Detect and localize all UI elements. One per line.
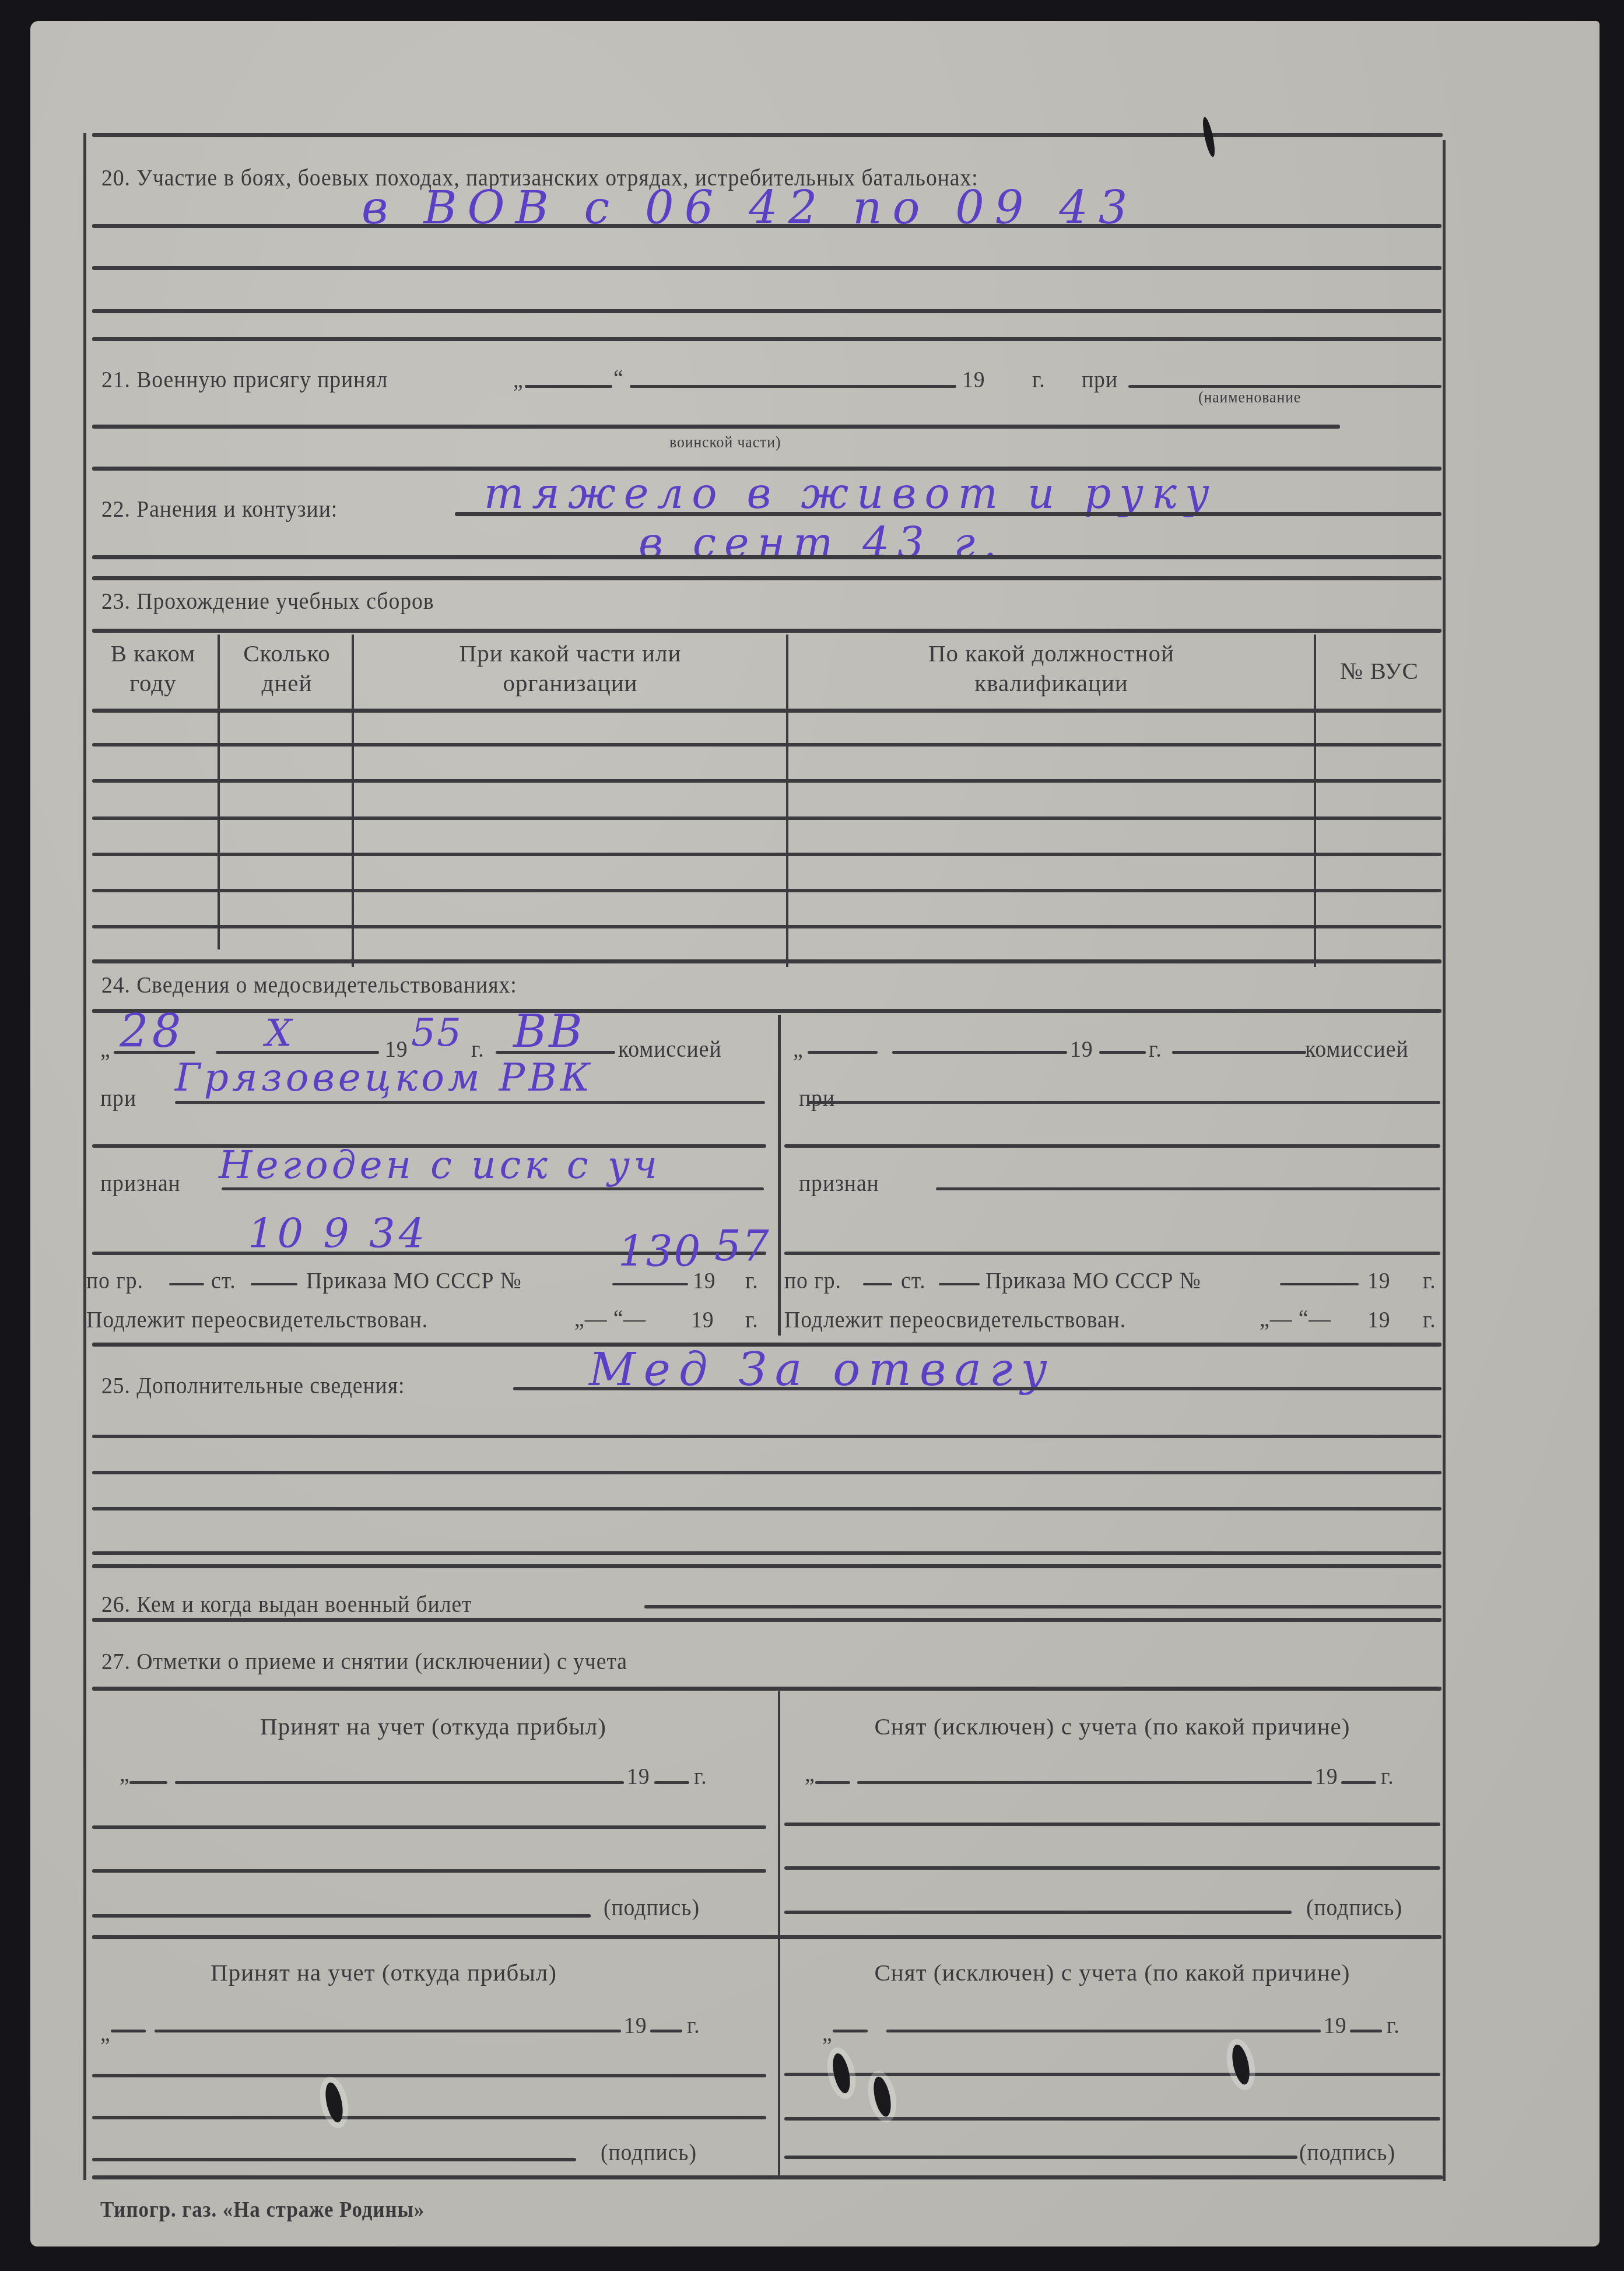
s24-right-at-label: при xyxy=(799,1086,835,1110)
s24-left-order-label: Приказа МО СССР № xyxy=(306,1268,522,1292)
s25-line-3 xyxy=(92,1471,1441,1474)
s24-right-day-blank xyxy=(808,1051,878,1054)
s25-bottom xyxy=(92,1564,1441,1568)
s23-row-line-3 xyxy=(92,816,1441,820)
s25-handwritten: Мед За отвагу xyxy=(589,1347,1055,1393)
frame-right xyxy=(1443,140,1446,2181)
s27-b1-right-signature: (подпись) xyxy=(1306,1895,1402,1919)
s23-row-line-1 xyxy=(92,743,1441,747)
s23-col-header-1: В каком году xyxy=(87,642,219,695)
s27-b1-right-year-blank xyxy=(1341,1781,1376,1784)
s24-left-reexam-g: г. xyxy=(745,1308,758,1331)
s24-left-recognized-value: Негоден с иск с уч xyxy=(219,1146,661,1184)
s27-b2-left-title: Принят на учет (откуда прибыл) xyxy=(92,1961,675,1985)
s27-b2-right-year-blank xyxy=(1350,2030,1382,2032)
s23-col-header-2: Сколько дней xyxy=(220,642,353,695)
s21-caption-name: (наименование xyxy=(1198,390,1301,406)
s27-b2-left-year-blank xyxy=(650,2030,682,2032)
s27-b1-right-g: г. xyxy=(1381,1764,1394,1788)
s27-b1-left-g: г. xyxy=(694,1764,707,1788)
s21-label: 21. Военную присягу принял xyxy=(101,367,388,391)
s24-right-order-label: Приказа МО СССР № xyxy=(985,1268,1201,1292)
s27-b1-left-line-1 xyxy=(92,1825,766,1829)
s24-right-g: г. xyxy=(1149,1037,1162,1061)
s21-caption-unit: воинской части) xyxy=(669,434,781,451)
s24-left-article-value: 10 9 34 xyxy=(248,1213,428,1254)
s27-b2-right-line-2 xyxy=(784,2117,1440,2121)
s24-right-recognized-line xyxy=(936,1187,1440,1190)
s24-left-commission-label: комиссией xyxy=(618,1037,721,1061)
s24-left-reexam-year: 19 xyxy=(691,1308,714,1331)
s24-left-at-line xyxy=(175,1101,765,1104)
s21-year: 19 xyxy=(962,367,985,391)
s23-col-header-2-line1: Сколько xyxy=(220,642,353,665)
s22-bottom xyxy=(92,576,1441,580)
s24-left-year: 55 xyxy=(411,1014,462,1052)
s27-b1-right-title: Снят (исключен) с учета (по какой причин… xyxy=(784,1715,1440,1739)
s26-line-1 xyxy=(644,1605,1441,1608)
s23-header-bottom xyxy=(92,709,1441,713)
s24-left-reexam-quote: „— “— xyxy=(574,1306,646,1330)
s24-right-year-blank xyxy=(1099,1051,1146,1054)
frame-top xyxy=(92,133,1443,137)
s24-left-commission-blank xyxy=(496,1051,615,1054)
s27-b2-left-signature: (подпись) xyxy=(601,2140,697,2164)
s27-b2-left-month-blank xyxy=(155,2030,621,2032)
s24-left-group-label: по гр. xyxy=(86,1268,143,1292)
s23-col-header-1-line2: году xyxy=(87,671,219,695)
s24-left-group-blank xyxy=(169,1283,204,1285)
s27-b1-right-line-1 xyxy=(784,1823,1440,1826)
s23-row-line-6 xyxy=(92,925,1441,928)
s21-at: при xyxy=(1082,367,1118,391)
s23-col-header-4: По какой должностной квалификации xyxy=(789,642,1314,695)
s24-left-recognized-line xyxy=(222,1187,764,1190)
s27-b1-left-title: Принят на учет (откуда прибыл) xyxy=(92,1715,774,1739)
s22-label: 22. Ранения и контузии: xyxy=(101,497,338,521)
s27-b2-right-day-blank xyxy=(833,2030,868,2032)
frame-left xyxy=(83,133,86,2180)
s27-b2-left-day-blank xyxy=(111,2030,146,2032)
s24-left-order-g: г. xyxy=(745,1268,758,1292)
s27-b2-left-quote: „ xyxy=(100,2021,111,2045)
s27-b1-right-day-blank xyxy=(815,1781,850,1784)
s27-block-divider xyxy=(92,1935,1441,1939)
s27-b2-left-line-2 xyxy=(92,2116,766,2119)
s24-right-article-blank xyxy=(939,1283,980,1285)
s23-col-header-5-line1: № ВУС xyxy=(1317,659,1442,683)
s27-b1-left-month-blank xyxy=(175,1781,624,1784)
s24-right-recognized-label: признан xyxy=(799,1171,879,1195)
s24-right-reexam-quote: „— “— xyxy=(1260,1306,1331,1330)
s24-left-article-blank xyxy=(251,1283,297,1285)
s24-left-order-blank xyxy=(612,1283,688,1285)
s23-col-header-3: При какой части или организации xyxy=(355,642,786,695)
s27-b1-left-year: 19 xyxy=(627,1764,650,1788)
s23-label: 23. Прохождение учебных сборов xyxy=(101,589,434,613)
s24-left-order-year-prefix: 19 xyxy=(693,1268,716,1292)
s23-col-header-3-line1: При какой части или xyxy=(355,642,786,665)
s27-b2-left-line-1 xyxy=(92,2074,766,2077)
s27-b2-right-year: 19 xyxy=(1324,2013,1347,2037)
s20-line-3 xyxy=(92,309,1441,313)
s20-line-1 xyxy=(92,224,1441,228)
s24-left-day: 28 xyxy=(120,1009,184,1054)
s24-right-article-label: ст. xyxy=(901,1268,926,1292)
s23-col-header-3-line2: организации xyxy=(355,671,786,695)
s24-right-group-label: по гр. xyxy=(784,1268,841,1292)
s27-b1-right-month-blank xyxy=(857,1781,1312,1784)
s25-line-4 xyxy=(92,1507,1441,1511)
s24-left-day-blank xyxy=(114,1051,195,1054)
s25-line-5 xyxy=(92,1551,1441,1555)
s24-left-commission-type: ВВ xyxy=(513,1009,585,1054)
s27-b1-left-line-2 xyxy=(92,1869,766,1873)
s24-right-at-line xyxy=(808,1101,1440,1104)
s27-b2-right-quote: „ xyxy=(822,2021,833,2045)
s22-handwritten-1: тяжело в живот и руку xyxy=(484,472,1218,514)
s23-bottom xyxy=(92,959,1441,963)
s21-quote-close: “ xyxy=(613,366,624,390)
s27-b2-left-year: 19 xyxy=(624,2013,647,2037)
s23-col-header-4-line1: По какой должностной xyxy=(789,642,1314,665)
s22-line-1 xyxy=(455,512,1441,516)
s24-right-reexam-label: Подлежит переосвидетельствован. xyxy=(784,1308,1126,1331)
s24-right-year-prefix: 19 xyxy=(1070,1037,1093,1061)
printer-imprint: Типогр. газ. «На страже Родины» xyxy=(100,2199,425,2221)
s21-day-blank xyxy=(525,385,612,388)
s24-left-month: X xyxy=(265,1015,303,1052)
s22-line-2 xyxy=(92,555,1441,559)
s21-unit-blank xyxy=(1128,385,1441,388)
s21-g: г. xyxy=(1032,367,1045,391)
s24-left-reexam-label: Подлежит переосвидетельствован. xyxy=(86,1308,428,1331)
s23-col-divider-4 xyxy=(1314,635,1316,967)
s24-left-quote: „ xyxy=(100,1037,111,1061)
s23-row-line-5 xyxy=(92,889,1441,892)
s24-left-month-blank xyxy=(216,1051,379,1054)
s21-quote-open: „ xyxy=(513,367,524,391)
s27-b2-right-g: г. xyxy=(1387,2013,1399,2037)
s24-right-reexam-g: г. xyxy=(1423,1308,1436,1331)
s24-left-recognized-label: признан xyxy=(100,1171,181,1195)
s27-b1-left-signature: (подпись) xyxy=(604,1895,700,1919)
s24-right-commission-blank xyxy=(1172,1051,1306,1054)
s24-right-month-blank xyxy=(892,1051,1067,1054)
s27-b1-right-quote: „ xyxy=(805,1761,815,1785)
s27-b2-right-line-1 xyxy=(784,2073,1440,2076)
s24-label: 24. Сведения о медосвидетельствованиях: xyxy=(101,973,517,997)
s23-header-top xyxy=(92,629,1441,633)
s23-col-divider-3 xyxy=(786,635,788,967)
s20-bottom xyxy=(92,337,1441,341)
s23-col-header-4-line2: квалификации xyxy=(789,671,1314,695)
s27-b1-right-year: 19 xyxy=(1315,1764,1338,1788)
s24-right-order-blank xyxy=(1280,1283,1359,1285)
s23-col-header-1-line1: В каком xyxy=(87,642,219,665)
s27-header-bottom xyxy=(92,1687,1441,1691)
s27-col-divider xyxy=(778,1691,780,2175)
s27-b1-left-year-blank xyxy=(654,1781,689,1784)
s27-b2-right-month-blank xyxy=(886,2030,1321,2032)
s20-line-2 xyxy=(92,266,1441,270)
s24-left-order-year: 57 xyxy=(714,1225,770,1267)
s21-month-blank xyxy=(630,385,956,388)
s26-bottom xyxy=(92,1618,1441,1622)
s23-col-header-2-line2: дней xyxy=(220,671,353,695)
s23-row-line-4 xyxy=(92,853,1441,856)
s27-b2-right-title: Снят (исключен) с учета (по какой причин… xyxy=(784,1961,1440,1985)
s27-b1-left-day-blank xyxy=(129,1781,167,1784)
s24-right-order-year: 19 xyxy=(1367,1268,1391,1292)
s24-right-commission-label: комиссией xyxy=(1305,1037,1408,1061)
s27-b2-right-sign-line xyxy=(784,2156,1297,2159)
s27-b2-left-sign-line xyxy=(92,2158,576,2161)
s23-col-header-5: № ВУС xyxy=(1317,659,1442,683)
s27-b1-left-quote: „ xyxy=(120,1761,130,1785)
s27-b2-left-g: г. xyxy=(687,2013,700,2037)
s27-label: 27. Отметки о приеме и снятии (исключени… xyxy=(101,1649,627,1673)
s24-left-order-number: 130 xyxy=(618,1231,701,1273)
s25-line-2 xyxy=(92,1435,1441,1438)
s25-label: 25. Дополнительные сведения: xyxy=(101,1373,405,1397)
s21-line-2 xyxy=(92,425,1340,429)
s24-left-article-label: ст. xyxy=(211,1268,236,1292)
s23-row-line-2 xyxy=(92,779,1441,783)
s24-right-quote: „ xyxy=(793,1037,804,1061)
s24-left-at-label: при xyxy=(100,1086,136,1110)
s26-label: 26. Кем и когда выдан военный билет xyxy=(101,1592,472,1616)
s24-right-line-4 xyxy=(784,1252,1440,1255)
s24-right-reexam-year: 19 xyxy=(1367,1308,1391,1331)
s24-right-group-blank xyxy=(863,1283,892,1285)
s27-b1-right-line-2 xyxy=(784,1866,1440,1870)
frame-bottom xyxy=(92,2175,1443,2179)
s24-col-divider xyxy=(778,1015,781,1336)
s27-b2-right-signature: (подпись) xyxy=(1299,2140,1395,2164)
s24-right-line-2 xyxy=(784,1144,1440,1148)
s27-b1-right-sign-line xyxy=(784,1911,1292,1914)
s24-left-at-value: Грязовецком РВК xyxy=(175,1059,594,1097)
s24-right-order-g: г. xyxy=(1423,1268,1436,1292)
s27-b1-left-sign-line xyxy=(92,1914,591,1918)
s25-line-1 xyxy=(513,1387,1441,1390)
